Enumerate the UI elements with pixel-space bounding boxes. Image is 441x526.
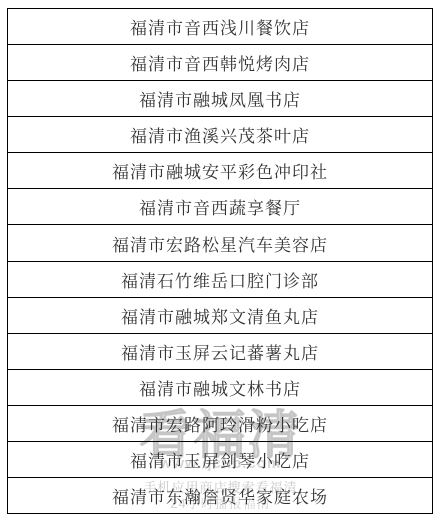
table-row: 福清市玉屏剑琴小吃店 [8, 441, 432, 477]
table-row: 福清市渔溪兴茂茶叶店 [8, 116, 432, 152]
business-name-text: 福清市音西浅川餐饮店 [130, 14, 310, 39]
page-container: 看福清 www.qclib.com 手机应用商店搜索看福清 24小时播报福清 福… [0, 0, 441, 526]
business-name-text: 福清市融城安平彩色冲印社 [112, 158, 328, 183]
business-name-text: 福清市宏路阿玲滑粉小吃店 [112, 411, 328, 436]
business-name-text: 福清市音西蔬享餐厅 [139, 194, 301, 219]
table-row: 福清市音西蔬享餐厅 [8, 188, 432, 224]
business-name-text: 福清石竹维岳口腔门诊部 [121, 267, 319, 292]
table-row: 福清市融城安平彩色冲印社 [8, 152, 432, 188]
table-row: 福清市融城文林书店 [8, 369, 432, 405]
business-name-table: 福清市音西浅川餐饮店 福清市音西韩悦烤肉店 福清市融城凤凰书店 福清市渔溪兴茂茶… [7, 8, 433, 514]
table-row: 福清市融城凤凰书店 [8, 80, 432, 116]
business-name-text: 福清市音西韩悦烤肉店 [130, 50, 310, 75]
business-name-text: 福清市玉屏剑琴小吃店 [130, 447, 310, 472]
business-name-text: 福清市渔溪兴茂茶叶店 [130, 122, 310, 147]
business-name-text: 福清市玉屏云记蕃薯丸店 [121, 339, 319, 364]
table-row: 福清市宏路阿玲滑粉小吃店 [8, 405, 432, 441]
table-row: 福清市东瀚詹贤华家庭农场 [8, 477, 432, 513]
table-row: 福清市音西浅川餐饮店 [8, 9, 432, 44]
business-name-text: 福清市东瀚詹贤华家庭农场 [112, 483, 328, 508]
business-name-text: 福清市融城郑文清鱼丸店 [121, 303, 319, 328]
table-row: 福清石竹维岳口腔门诊部 [8, 261, 432, 297]
business-name-text: 福清市融城文林书店 [139, 375, 301, 400]
business-name-text: 福清市宏路松星汽车美容店 [112, 231, 328, 256]
table-row: 福清市玉屏云记蕃薯丸店 [8, 333, 432, 369]
business-name-text: 福清市融城凤凰书店 [139, 86, 301, 111]
table-row: 福清市音西韩悦烤肉店 [8, 44, 432, 80]
table-row: 福清市融城郑文清鱼丸店 [8, 297, 432, 333]
table-row: 福清市宏路松星汽车美容店 [8, 224, 432, 260]
